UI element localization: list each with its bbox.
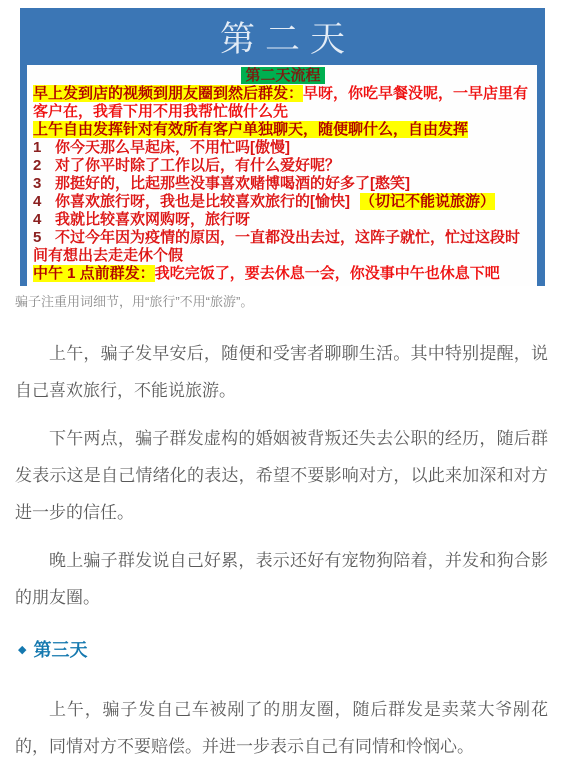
list-item-text: 不过今年因为疫情的原因，一直都没出去过，这阵子就忙，忙过这段时间有想出去走走休个… — [33, 229, 520, 264]
list-item-text: 对了你平时除了工作以后，有什么爱好呢？ — [55, 157, 340, 174]
process-title-text: 第二天流程 — [241, 67, 324, 84]
list-item-warning-note: （切记不能说旅游） — [360, 193, 495, 210]
list-item-number: 3 — [33, 175, 55, 193]
paragraph-day2-morning: 上午，骗子发早安后，随便和受害者聊聊生活。其中特别提醒，说自己喜欢旅行，不能说旅… — [15, 335, 548, 409]
list-item: 2对了你平时除了工作以后，有什么爱好呢？ — [33, 157, 533, 175]
paragraph-day3-morning: 上午，骗子发自己车被剐了的朋友圈，随后群发是卖菜大爷剐花的，同情对方不要赔偿。并… — [15, 691, 548, 760]
morning-broadcast-line: 早上发到店的视频到朋友圈到然后群发：早呀，你吃早餐没呢，一早店里有客户在，我看下… — [33, 85, 533, 121]
morning-broadcast-label: 早上发到店的视频到朋友圈到然后群发： — [33, 85, 303, 102]
list-item-text: 你今天那么早起床，不用忙吗[傲慢] — [55, 139, 290, 156]
list-item: 3那挺好的，比起那些没事喜欢赌博喝酒的好多了[憨笑] — [33, 175, 533, 193]
free-chat-instruction-text: 上午自由发挥针对有效所有客户单独聊天，随便聊什么，自由发挥 — [33, 121, 468, 138]
list-item: 4你喜欢旅行呀，我也是比较喜欢旅行的[愉快]（切记不能说旅游） — [33, 193, 533, 211]
slide-header: 第二天 — [20, 8, 545, 65]
list-item-text: 你喜欢旅行呀，我也是比较喜欢旅行的[愉快] — [55, 193, 350, 210]
lunch-broadcast-message: 我吃完饭了，要去休息一会，你没事中午也休息下吧 — [155, 265, 500, 282]
list-item-number: 1 — [33, 139, 55, 157]
image-caption: 骗子注重用词细节，用“旅行”不用“旅游”。 — [15, 293, 548, 310]
lunch-broadcast-label: 中午 1 点前群发： — [33, 265, 155, 282]
free-chat-instruction-line: 上午自由发挥针对有效所有客户单独聊天，随便聊什么，自由发挥 — [33, 121, 533, 139]
section-header-title: 第三天 — [33, 638, 87, 662]
article-body: 上午，骗子发早安后，随便和受害者聊聊生活。其中特别提醒，说自己喜欢旅行，不能说旅… — [15, 335, 548, 760]
section-header-day3: ◆ 第三天 — [18, 638, 548, 662]
paragraph-day2-afternoon: 下午两点，骗子群发虚构的婚姻被背叛还失去公职的经历，随后群发表示这是自己情绪化的… — [15, 420, 548, 531]
slide-content: 第二天流程 早上发到店的视频到朋友圈到然后群发：早呀，你吃早餐没呢，一早店里有客… — [27, 65, 537, 286]
slide-image-day2-schedule[interactable]: 第二天 第二天流程 早上发到店的视频到朋友圈到然后群发：早呀，你吃早餐没呢，一早… — [20, 8, 545, 286]
list-item-number: 4 — [33, 211, 55, 229]
list-item-number: 5 — [33, 229, 55, 247]
list-item: 1你今天那么早起床，不用忙吗[傲慢] — [33, 139, 533, 157]
paragraph-day2-evening: 晚上骗子群发说自己好累，表示还好有宠物狗陪着，并发和狗合影的朋友圈。 — [15, 542, 548, 616]
list-item: 4我就比较喜欢网购呀，旅行呀 — [33, 211, 533, 229]
list-item: 5不过今年因为疫情的原因，一直都没出去过，这阵子就忙，忙过这段时间有想出去走走休… — [33, 229, 533, 265]
slide-title: 第二天 — [210, 12, 355, 62]
list-item-text: 我就比较喜欢网购呀，旅行呀 — [55, 211, 250, 228]
list-item-number: 4 — [33, 193, 55, 211]
list-item-number: 2 — [33, 157, 55, 175]
diamond-bullet-icon: ◆ — [18, 638, 26, 662]
article-page: 第二天 第二天流程 早上发到店的视频到朋友圈到然后群发：早呀，你吃早餐没呢，一早… — [0, 0, 563, 760]
slide-process-title: 第二天流程 — [33, 67, 533, 85]
list-item-text: 那挺好的，比起那些没事喜欢赌博喝酒的好多了[憨笑] — [55, 175, 410, 192]
lunch-broadcast-line: 中午 1 点前群发：我吃完饭了，要去休息一会，你没事中午也休息下吧 — [33, 265, 533, 283]
